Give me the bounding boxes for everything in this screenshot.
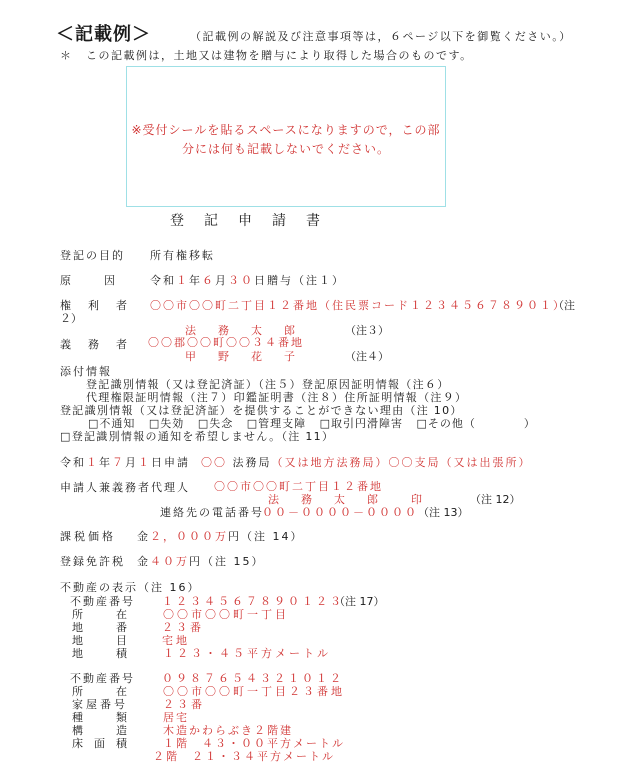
- application-year-unit: 年: [99, 456, 112, 469]
- land-row-value: １２３４５６７８９０１２３: [162, 596, 344, 607]
- registration-tax-note: （注 15）: [202, 555, 265, 568]
- tax-value: 金２，０００万円（注 14）: [137, 531, 304, 542]
- cause-value: 令和１年６月３０日贈与（注１）: [150, 275, 345, 286]
- agent-label: 申請人兼義務者代理人: [60, 482, 190, 493]
- receipt-seal-box: ※受付シールを貼るスペースになりますので，この部 分には何も記載しないでください…: [126, 66, 446, 207]
- application-day-unit: 日申請: [151, 456, 190, 469]
- right-holder-label: 権 利 者: [60, 300, 130, 311]
- building-row-value: 木造かわらぶき２階建: [163, 725, 293, 736]
- registration-tax-prefix: 金: [137, 555, 150, 568]
- right-holder-note-b: ２）: [60, 313, 82, 324]
- land-row-label: 地 番: [72, 622, 127, 633]
- application-era: 令和: [60, 456, 86, 469]
- purpose-label: 登記の目的: [60, 250, 125, 261]
- cause-note: （注１）: [293, 274, 345, 287]
- land-row-value: ２３番: [162, 622, 204, 633]
- reason-checkbox-management-issue[interactable]: □管理支障: [247, 417, 306, 430]
- reason-checkbox-expired[interactable]: □失効: [149, 417, 184, 430]
- cause-year-unit: 年: [189, 274, 202, 287]
- cause-year: １: [176, 274, 189, 287]
- scope-note: この記載例は，土地又は建物を贈与により取得した場合のものです。: [86, 50, 473, 61]
- agent-name: 法 務 太 郎 印: [268, 494, 422, 505]
- seal-box-instructions: ※受付シールを貼るスペースになりますので，この部 分には何も記載しないでください…: [127, 121, 445, 159]
- phone-label: 連絡先の電話番号: [160, 507, 264, 518]
- tax-value-unit: 円: [228, 530, 241, 543]
- registration-tax-amount: ４０万: [150, 555, 189, 568]
- registration-tax-label: 登録免許税: [60, 556, 125, 567]
- attachments-label: 添付情報: [60, 366, 112, 377]
- document-title: 登記申請書: [170, 214, 340, 228]
- building-row-value: 〇〇市〇〇町一丁目２３番地: [163, 686, 345, 697]
- application-line: 令和１年７月１日申請 〇〇 法務局（又は地方法務局）〇〇支局（又は出張所）: [60, 457, 532, 468]
- building-row-label: 床 面 積: [72, 738, 127, 749]
- building-row-label: 家屋番号: [72, 699, 128, 710]
- no-notice-checkbox[interactable]: □登記識別情報の通知を希望しません。（注 11）: [60, 431, 334, 442]
- asterisk: ＊: [60, 50, 71, 61]
- cause-era: 令和: [150, 274, 176, 287]
- seal-box-line-2: 分には何も記載しないでください。: [127, 140, 445, 159]
- land-row-value: 宅地: [162, 635, 190, 646]
- attachments-line-2: 代理権限証明情報（注７）印鑑証明書（注８）住所証明情報（注９）: [86, 392, 467, 403]
- purpose-value: 所有権移転: [150, 250, 215, 261]
- land-row-note: （注 17）: [334, 596, 385, 607]
- application-month-unit: 月: [125, 456, 138, 469]
- building-row-label: 不動産番号: [70, 673, 135, 684]
- registration-tax: 金４０万円（注 15）: [137, 556, 265, 567]
- application-day: １: [138, 456, 151, 469]
- obligor-name-note: （注４）: [345, 351, 389, 362]
- cause-day: ３０: [228, 274, 254, 287]
- tax-value-label: 課税価格: [60, 531, 116, 542]
- no-id-reasons: □不通知 □失効 □失念 □管理支障 □取引円滑障害 □その他（ ）: [88, 418, 536, 429]
- registration-tax-unit: 円: [189, 555, 202, 568]
- building-row-value: ２３番: [163, 699, 205, 710]
- reason-checkbox-other[interactable]: □その他（ ）: [417, 417, 536, 430]
- land-row-value: 〇〇市〇〇町一丁目: [163, 609, 289, 620]
- application-year: １: [86, 456, 99, 469]
- building-row-label: 構 造: [72, 725, 127, 736]
- application-month: ７: [112, 456, 125, 469]
- agent-name-note: （注 12）: [470, 494, 521, 505]
- reason-checkbox-transaction-issue[interactable]: □取引円滑障害: [320, 417, 403, 430]
- tax-value-amount: ２，０００万: [150, 530, 228, 543]
- office-name: 〇〇: [201, 456, 227, 469]
- building-row-label: 種 類: [72, 712, 127, 723]
- reason-checkbox-forgotten[interactable]: □失念: [198, 417, 233, 430]
- building-row-value: １階 ４３・００平方メートル: [163, 738, 345, 749]
- office-type: 法務局: [233, 456, 272, 469]
- building-row-value: ０９８７６５４３２１０１２: [162, 673, 344, 684]
- building-row-value: 居宅: [163, 712, 189, 723]
- reason-checkbox-not-notified[interactable]: □不通知: [88, 417, 135, 430]
- building-row-label: 所 在: [72, 686, 127, 697]
- land-row-value: １２３・４５平方メートル: [163, 648, 331, 659]
- right-holder-name: 法 務 太 郎: [185, 325, 295, 336]
- cause-month: ６: [202, 274, 215, 287]
- land-row-label: 不動産番号: [70, 596, 135, 607]
- right-holder-address: 〇〇市〇〇町二丁目１２番地（住民票コード１２３４５６７８９０１）: [150, 300, 566, 311]
- obligor-name: 甲 野 花 子: [185, 351, 295, 362]
- land-row-label: 地 積: [72, 648, 127, 659]
- obligor-label: 義 務 者: [60, 339, 130, 350]
- land-row-label: 所 在: [72, 609, 127, 620]
- phone-note: （注 13）: [418, 507, 469, 518]
- cause-month-unit: 月: [215, 274, 228, 287]
- agent-address: 〇〇市〇〇町二丁目１２番地: [214, 481, 383, 492]
- property-label: 不動産の表示（注 16）: [60, 582, 201, 593]
- tax-value-note: （注 14）: [241, 530, 304, 543]
- building-row-value: ２階 ２１・３４平方メートル: [153, 751, 335, 762]
- office-branch: （又は地方法務局）〇〇支局（又は出張所）: [272, 456, 532, 469]
- note-reference: （記載例の解説及び注意事項等は，６ページ以下を御覧ください。）: [190, 31, 572, 42]
- tax-value-prefix: 金: [137, 530, 150, 543]
- right-holder-name-note: （注３）: [345, 325, 389, 336]
- land-row-label: 地 目: [72, 635, 127, 646]
- obligor-address: 〇〇郡〇〇町〇〇３４番地: [148, 337, 304, 348]
- seal-box-line-1: ※受付シールを貼るスペースになりますので，この部: [127, 121, 445, 140]
- example-label: ＜記載例＞: [56, 26, 151, 44]
- cause-day-unit: 日贈与: [254, 274, 293, 287]
- attachments-line-1: 登記識別情報（又は登記済証）（注５）登記原因証明情報（注６）: [86, 379, 450, 390]
- right-holder-note-a: （注: [553, 300, 575, 311]
- no-id-reason-label: 登記識別情報（又は登記済証）を提供することができない理由（注 10）: [60, 405, 463, 416]
- cause-label: 原 因: [60, 275, 115, 286]
- phone-number: ００－００００－００００: [262, 507, 418, 518]
